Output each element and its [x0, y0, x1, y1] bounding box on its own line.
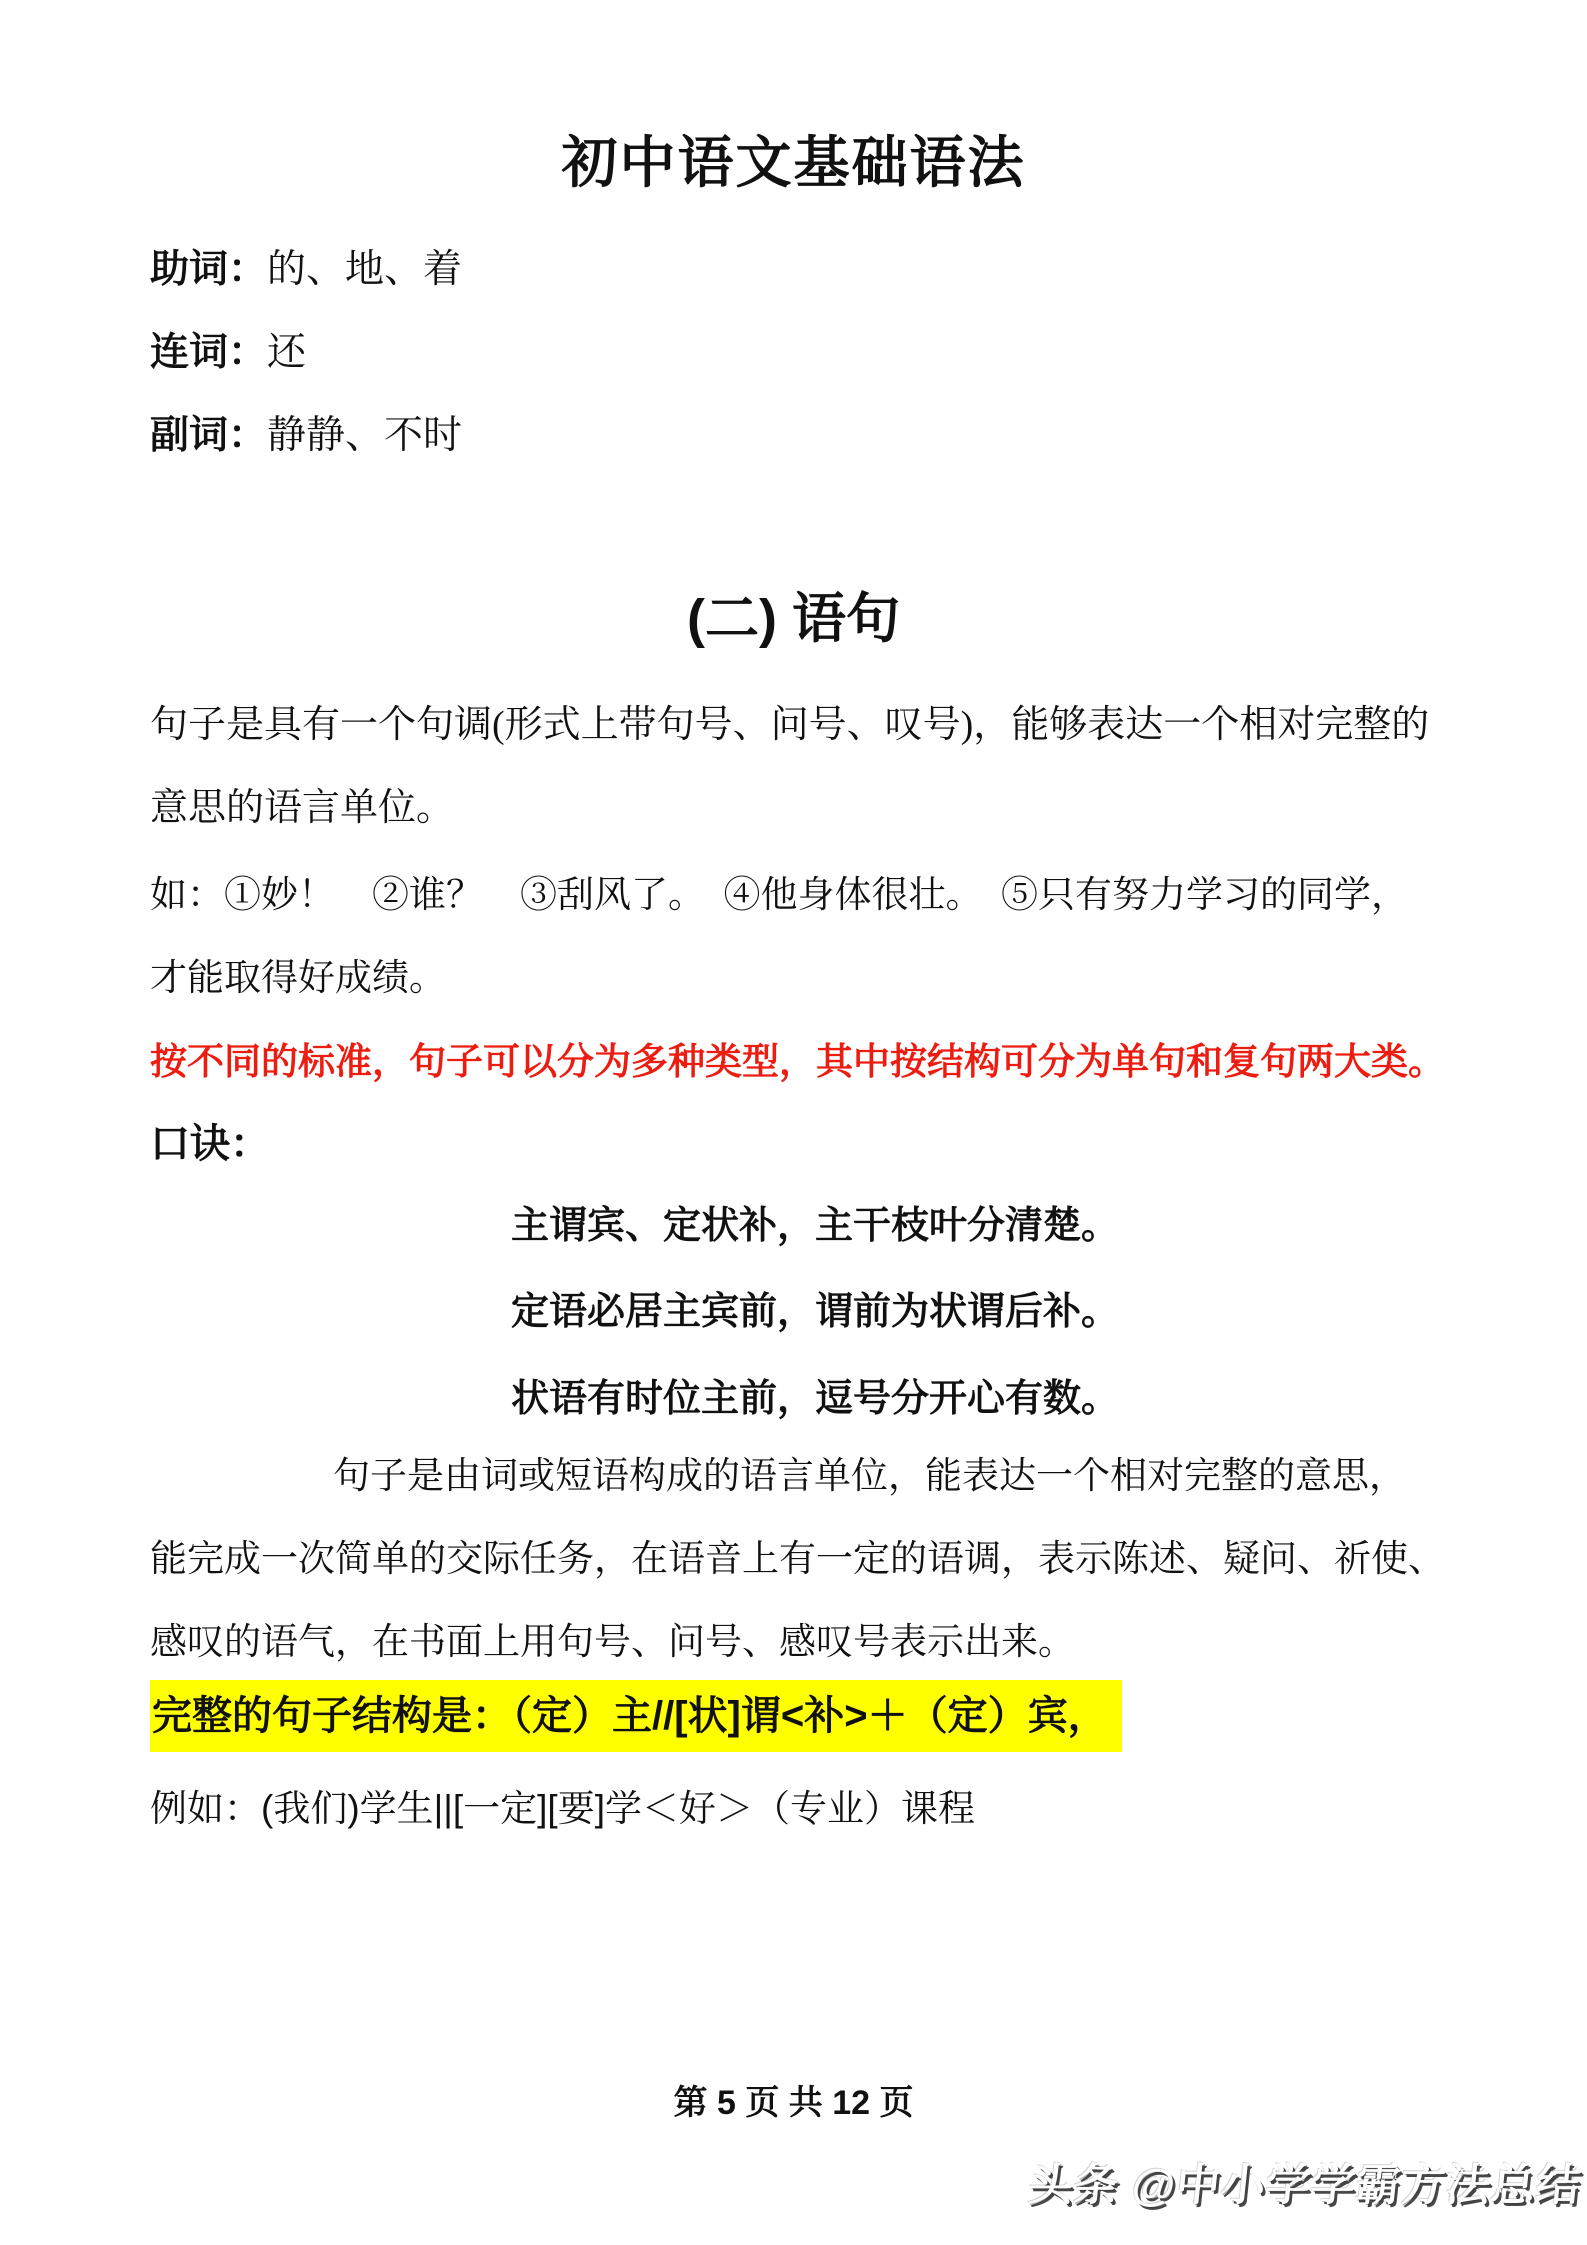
- word-class-label: 副词：: [150, 414, 267, 457]
- word-class-line-adverb: 副词：静静、不时: [150, 412, 462, 461]
- koujue-line-2: 定语必居主宾前，谓前为状谓后补。: [150, 1289, 1480, 1337]
- sentence-intro-line-2: 意思的语言单位。: [150, 785, 454, 833]
- koujue-line-3: 状语有时位主前，逗号分开心有数。: [150, 1376, 1480, 1424]
- sentence-intro-line-1: 句子是具有一个句调(形式上带句号、问号、叹号)，能够表达一个相对完整的: [150, 702, 1429, 750]
- word-class-line-auxiliary: 助词：的、地、着: [150, 246, 462, 295]
- sentence-definition-line-3: 感叹的语气，在书面上用句号、问号、感叹号表示出来。: [150, 1619, 1075, 1665]
- section-heading: (二) 语句: [0, 586, 1587, 654]
- sentence-examples-line-1: 如：①妙！ ②谁？ ③刮风了。 ④他身体很壮。 ⑤只有努力学习的同学，: [150, 872, 1408, 918]
- word-class-value: 静静、不时: [267, 414, 462, 457]
- classification-note-red: 按不同的标准，句子可以分为多种类型，其中按结构可分为单句和复句两大类。: [150, 1039, 1445, 1085]
- watermark: 头条 @中小学学霸方法总结: [1026, 2158, 1584, 2213]
- koujue-label: 口诀：: [150, 1119, 270, 1169]
- sentence-structure-example: 例如：(我们)学生||[一定][要]学＜好＞（专业）课程: [150, 1786, 975, 1832]
- word-class-label: 连词：: [150, 331, 267, 374]
- sentence-examples-line-2: 才能取得好成绩。: [150, 955, 446, 1001]
- word-class-label: 助词：: [150, 248, 267, 291]
- document-page: 初中语文基础语法 助词：的、地、着 连词：还 副词：静静、不时 (二) 语句 句…: [0, 0, 1587, 2245]
- sentence-structure-highlight: 完整的句子结构是：（定）主//[状]谓<补>＋（定）宾，: [150, 1680, 1122, 1752]
- sentence-definition-line-1: 句子是由词或短语构成的语言单位，能表达一个相对完整的意思，: [333, 1453, 1406, 1499]
- page-number-footer: 第 5 页 共 12 页: [0, 2082, 1587, 2125]
- page-title: 初中语文基础语法: [0, 128, 1587, 198]
- word-class-line-conjunction: 连词：还: [150, 329, 306, 378]
- word-class-value: 还: [267, 331, 306, 374]
- word-class-value: 的、地、着: [267, 248, 462, 291]
- koujue-line-1: 主谓宾、定状补，主干枝叶分清楚。: [150, 1203, 1480, 1251]
- sentence-definition-line-2: 能完成一次简单的交际任务，在语音上有一定的语调，表示陈述、疑问、祈使、: [150, 1536, 1445, 1582]
